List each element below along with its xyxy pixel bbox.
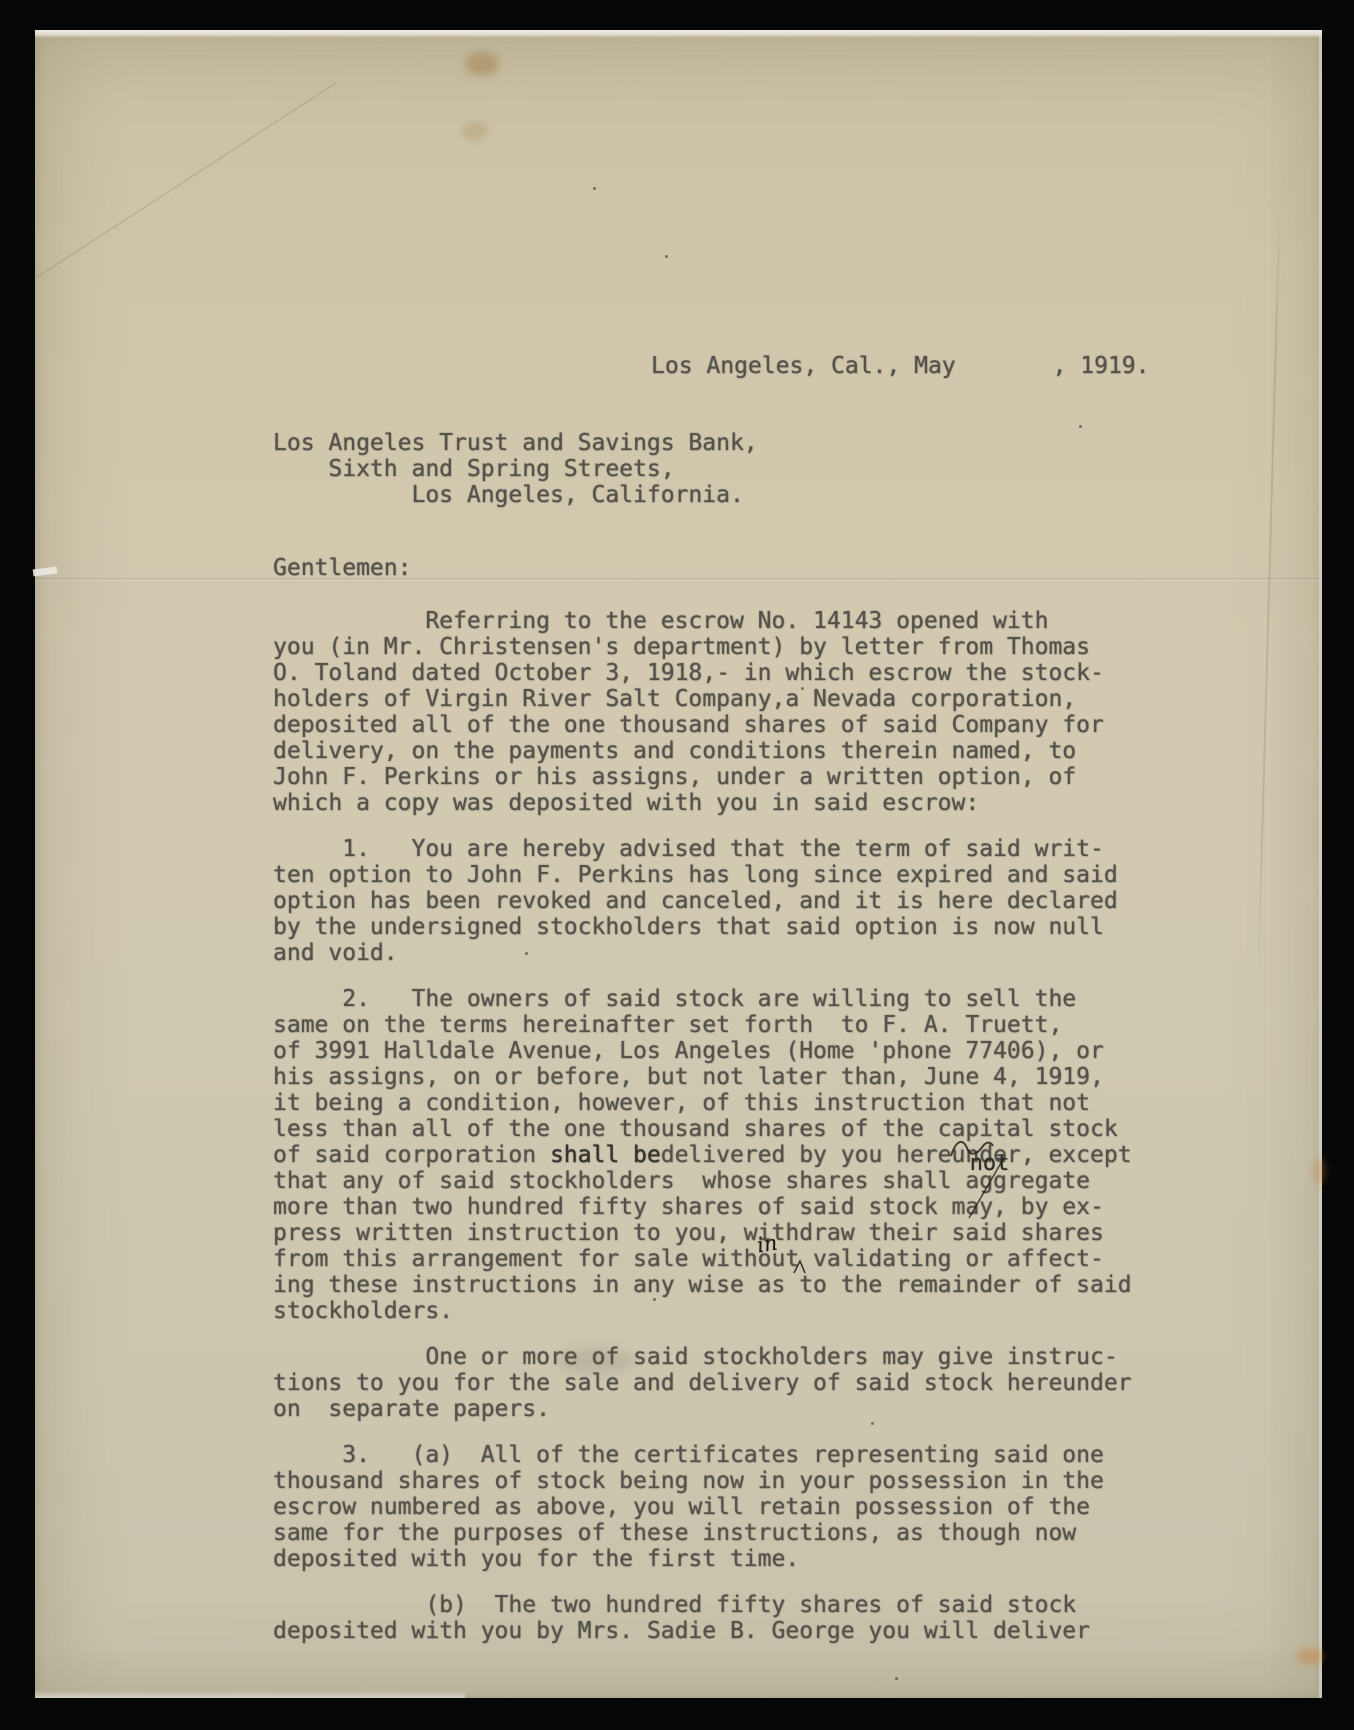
inserted-in-annotation: in xyxy=(755,1230,779,1259)
item2-line11: from this arrangement for sale without v… xyxy=(273,1246,1173,1272)
stain-right-edge xyxy=(1313,1158,1325,1184)
dateline: Los Angeles, Cal., May , 1919. xyxy=(651,353,1150,379)
salutation: Gentlemen: xyxy=(273,555,1173,581)
stain-upper-left xyxy=(462,122,488,140)
item2-lines-9-10: more than two hundred fifty shares of sa… xyxy=(273,1194,1173,1246)
line11-text: from this arrangement for sale without v… xyxy=(273,1246,1104,1272)
item2-line7: of said corporation shall bedelivered by… xyxy=(273,1142,1173,1168)
left-edge-nick xyxy=(33,567,58,577)
pen-caret-mark xyxy=(791,1259,811,1275)
dust-speck xyxy=(593,187,596,190)
stain-top xyxy=(465,52,499,76)
paper-right-edge xyxy=(1319,30,1322,1698)
paragraph-item3a: 3. (a) All of the certificates represent… xyxy=(273,1442,1173,1572)
diagonal-corner-crease xyxy=(33,82,336,280)
line7-pre: of said corporation xyxy=(273,1142,550,1168)
line7-post: delivered by you hereunder, except xyxy=(661,1142,1132,1168)
paragraph-item3b: (b) The two hundred fifty shares of said… xyxy=(273,1592,1173,1644)
item2-lines-12-13: ing these instructions in any wise as to… xyxy=(273,1272,1173,1324)
line7-overstrike: shall be xyxy=(550,1142,661,1168)
dust-speck xyxy=(895,1677,898,1680)
letter-body: Gentlemen: Referring to the escrow No. 1… xyxy=(273,555,1173,1664)
paper-bottom-edge xyxy=(35,1690,465,1698)
paragraph-intro: Referring to the escrow No. 14143 opened… xyxy=(273,608,1173,816)
pen-slash-mark xyxy=(965,1154,1009,1220)
scanned-letter-background: { "document": { "dateline": "Los Angeles… xyxy=(0,0,1354,1730)
paragraph-item1: 1. You are hereby advised that the term … xyxy=(273,836,1173,966)
recipient-address: Los Angeles Trust and Savings Bank, Sixt… xyxy=(273,430,758,508)
vertical-crease xyxy=(1257,200,1281,980)
paper-top-edge xyxy=(35,30,1322,38)
letter-page: Los Angeles, Cal., May , 1919. Los Angel… xyxy=(35,30,1322,1698)
dust-speck xyxy=(665,255,668,258)
dust-speck xyxy=(1079,425,1082,428)
item2-line8: that any of said stockholders whose shar… xyxy=(273,1168,1173,1194)
item2-lines-1-6: 2. The owners of said stock are willing … xyxy=(273,986,1173,1142)
stain-bottom-right xyxy=(1297,1648,1323,1664)
paragraph-separate-papers: One or more of said stockholders may giv… xyxy=(273,1344,1173,1422)
paragraph-item2: 2. The owners of said stock are willing … xyxy=(273,986,1173,1324)
